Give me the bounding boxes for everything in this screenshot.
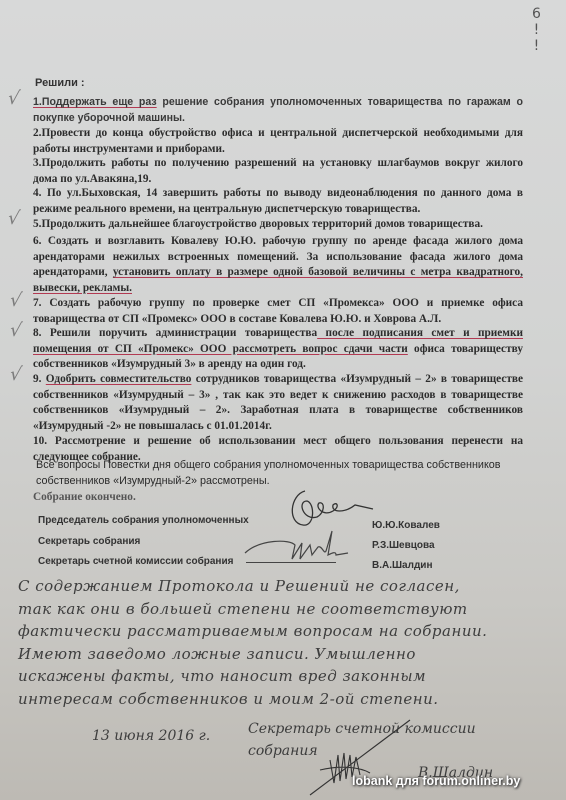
checkmark-icon: √	[8, 320, 23, 341]
underlined-text: 1.Поддержать еще раз	[33, 96, 157, 108]
closing-text: Собрание окончено.	[33, 490, 523, 506]
decision-item-2: 2.Провести до конца обустройство офиса и…	[33, 126, 523, 157]
page-mark: !	[532, 38, 541, 54]
decision-item-3: 3.Продолжить работы по получению разреше…	[33, 156, 523, 187]
decision-item-4: 4. По ул.Быховская, 14 завершить работы …	[33, 186, 523, 217]
signature-role-secretary: Секретарь собрания	[38, 536, 140, 547]
decisions-heading: Решили :	[35, 77, 85, 89]
checkmark-icon: √	[6, 88, 21, 109]
decision-item-6: 6. Создать и возглавить Ковалеву Ю.Ю. ра…	[33, 234, 523, 296]
page-number-marks: 6 ! !	[532, 6, 541, 54]
decision-item-1: 1.Поддержать еще раз решение собрания уп…	[33, 95, 523, 126]
handwritten-date: 13 июня 2016 г.	[92, 728, 210, 744]
decision-item-7: 7. Создать рабочую группу по проверке см…	[33, 296, 523, 327]
signature-name-counting-secretary: В.А.Шалдин	[372, 560, 433, 571]
decision-item-5: 5.Продолжить дальнейшее благоустройство …	[33, 217, 523, 233]
underlined-text: Одобрить совместительство	[46, 373, 192, 385]
summary-text: Все вопросы Повестки дня общего собрания…	[36, 458, 516, 489]
checkmark-icon: √	[8, 290, 23, 311]
document-page: 6 ! ! Решили : √ √ √ √ √ 1.Поддержать ещ…	[0, 0, 566, 800]
page-mark: !	[532, 22, 541, 38]
secretary-signature	[240, 525, 350, 563]
decision-item-9: 9. Одобрить совместительство сотрудников…	[33, 372, 523, 434]
decision-item-8: 8. Решили поручить администрации товарищ…	[33, 326, 523, 373]
checkmark-icon: √	[6, 208, 21, 229]
checkmark-icon: √	[8, 364, 23, 385]
signature-role-counting-secretary: Секретарь счетной комиссии собрания	[38, 556, 233, 567]
signature-name-secretary: Р.З.Шевцова	[372, 540, 435, 551]
signature-role-chairman: Председатель собрания уполномоченных	[38, 515, 249, 526]
watermark: lobank для forum.onliner.by	[352, 774, 520, 788]
handwritten-objection-note: С содержанием Протокола и Решений не сог…	[18, 575, 558, 710]
page-mark: 6	[532, 6, 541, 22]
signature-name-chairman: Ю.Ю.Ковалев	[372, 520, 440, 531]
